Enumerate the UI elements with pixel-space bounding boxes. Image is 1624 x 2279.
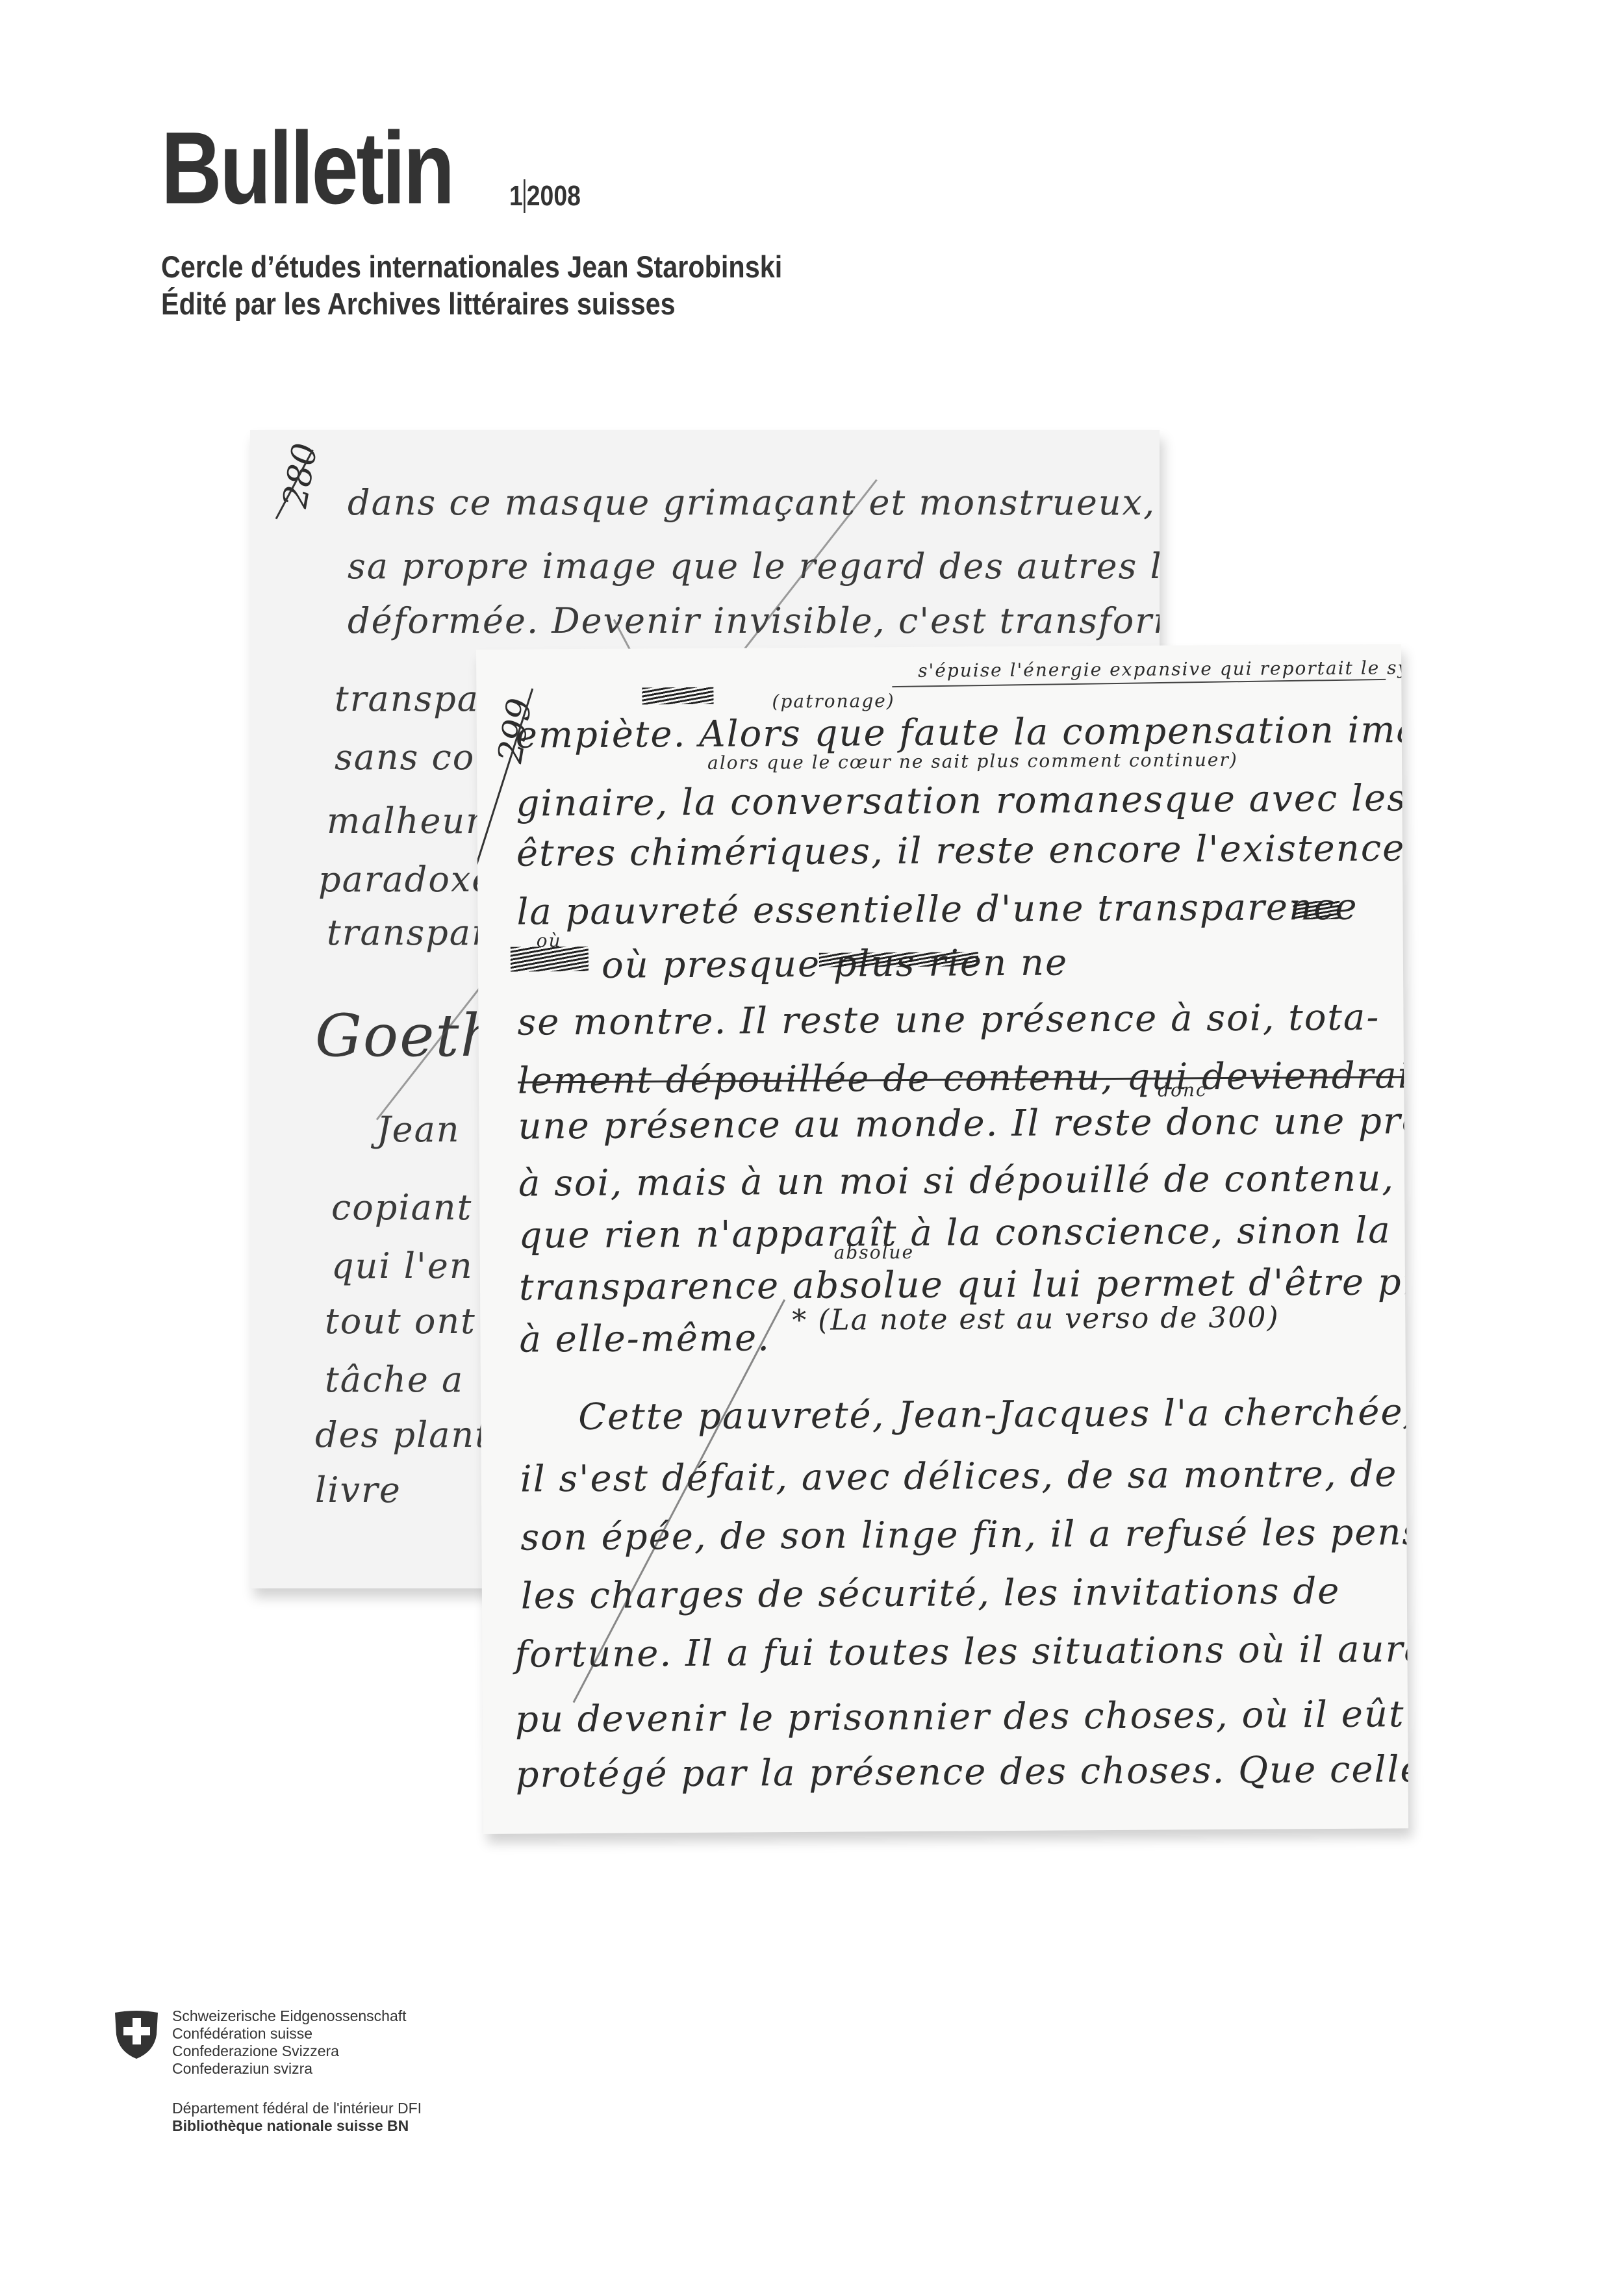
handwritten-line: protégé par la présence des choses. Que … xyxy=(515,1748,1408,1796)
handwritten-line: livre xyxy=(315,1470,401,1510)
insert-patronage: (patronage) xyxy=(772,690,894,712)
library-name: Bibliothèque nationale suisse BN xyxy=(172,2117,422,2135)
handwritten-line: qui l'en xyxy=(331,1245,474,1286)
handwritten-line: copiant xyxy=(331,1187,472,1228)
handwritten-line: sa propre image que le regard des autres… xyxy=(348,546,1160,587)
handwritten-line: les charges de sécurité, les invitations… xyxy=(521,1570,1341,1618)
footnote-marker: * (La note est au verso de 300) xyxy=(792,1301,1280,1337)
interline-absolue: absolue xyxy=(834,1241,915,1264)
handwritten-line: êtres chimériques, il reste encore l'exi… xyxy=(516,826,1408,874)
manuscript-page-front: 299 s'épuise l'énergie expansive qui rep… xyxy=(476,644,1408,1834)
handwritten-line: des plant xyxy=(315,1414,490,1455)
department-block: Département fédéral de l'intérieur DFI B… xyxy=(172,2100,422,2135)
department-name: Département fédéral de l'intérieur DFI xyxy=(172,2100,422,2117)
handwritten-line: Cette pauvreté, Jean-Jacques l'a cherché… xyxy=(578,1391,1408,1438)
handwritten-line: se montre. Il reste une présence à soi, … xyxy=(517,997,1380,1044)
handwritten-line: sans con xyxy=(335,737,499,778)
handwritten-line: empiète. Alors que faute la compensation… xyxy=(516,709,1408,757)
scribbled-out-word xyxy=(511,947,589,972)
handwritten-line: ginaire, la conversation romanesque avec… xyxy=(516,777,1407,824)
scribbled-out-word xyxy=(642,687,713,705)
margin-note-top: s'épuise l'énergie expansive qui reporta… xyxy=(918,656,1408,681)
issue-number: 1 xyxy=(509,180,523,212)
name-german: Schweizerische Eidgenossenschaft xyxy=(172,2007,407,2025)
page-number: 280 xyxy=(275,440,325,511)
issue-divider xyxy=(524,179,526,213)
publication-title: Bulletin xyxy=(161,117,453,220)
handwritten-line: Jean xyxy=(377,1109,461,1150)
handwritten-line: tout ont xyxy=(325,1301,476,1342)
subtitle-circle: Cercle d’études internationales Jean Sta… xyxy=(161,248,782,285)
issue-label: 12008 xyxy=(509,179,581,213)
handwritten-line: à elle-même. xyxy=(519,1317,770,1360)
subtitle-publisher: Édité par les Archives littéraires suiss… xyxy=(161,285,782,322)
name-italian: Confederazione Svizzera xyxy=(172,2043,407,2060)
handwritten-line: à soi, mais à un moi si dépouillé de con… xyxy=(518,1157,1395,1204)
swiss-cross-shield-icon xyxy=(114,2009,159,2059)
scribbled-out-word xyxy=(819,952,978,967)
scribbled-out-word xyxy=(1293,901,1339,919)
handwritten-line: il s'est défait, avec délices, de sa mon… xyxy=(520,1453,1398,1500)
subtitle-block: Cercle d’études internationales Jean Sta… xyxy=(161,248,782,322)
name-romansh: Confederaziun svizra xyxy=(172,2060,407,2078)
handwritten-line: dans ce masque grimaçant et monstrueux, … xyxy=(348,482,1160,523)
handwritten-line: fortune. Il a fui toutes les situations … xyxy=(514,1628,1408,1676)
confederation-names: Schweizerische Eidgenossenschaft Confédé… xyxy=(172,2007,407,2078)
insert-alors-que: alors que le cœur ne sait plus comment c… xyxy=(707,749,1238,774)
handwritten-line: tâche a xyxy=(325,1359,464,1400)
struck-line: lement dépouillée de contenu, qui devien… xyxy=(518,1054,1408,1102)
name-french: Confédération suisse xyxy=(172,2025,407,2043)
issue-year: 2008 xyxy=(527,180,581,212)
handwritten-line: paradoxe xyxy=(318,859,494,900)
handwritten-line: que rien n'apparaît à la conscience, sin… xyxy=(518,1209,1391,1256)
handwritten-line: la pauvreté essentielle d'une transparen… xyxy=(516,886,1358,934)
interline-donc: donc xyxy=(1158,1079,1208,1101)
handwritten-line: pu devenir le prisonnier des choses, où … xyxy=(515,1693,1408,1741)
handwritten-line: une présence au monde. Il reste donc une… xyxy=(518,1099,1408,1148)
